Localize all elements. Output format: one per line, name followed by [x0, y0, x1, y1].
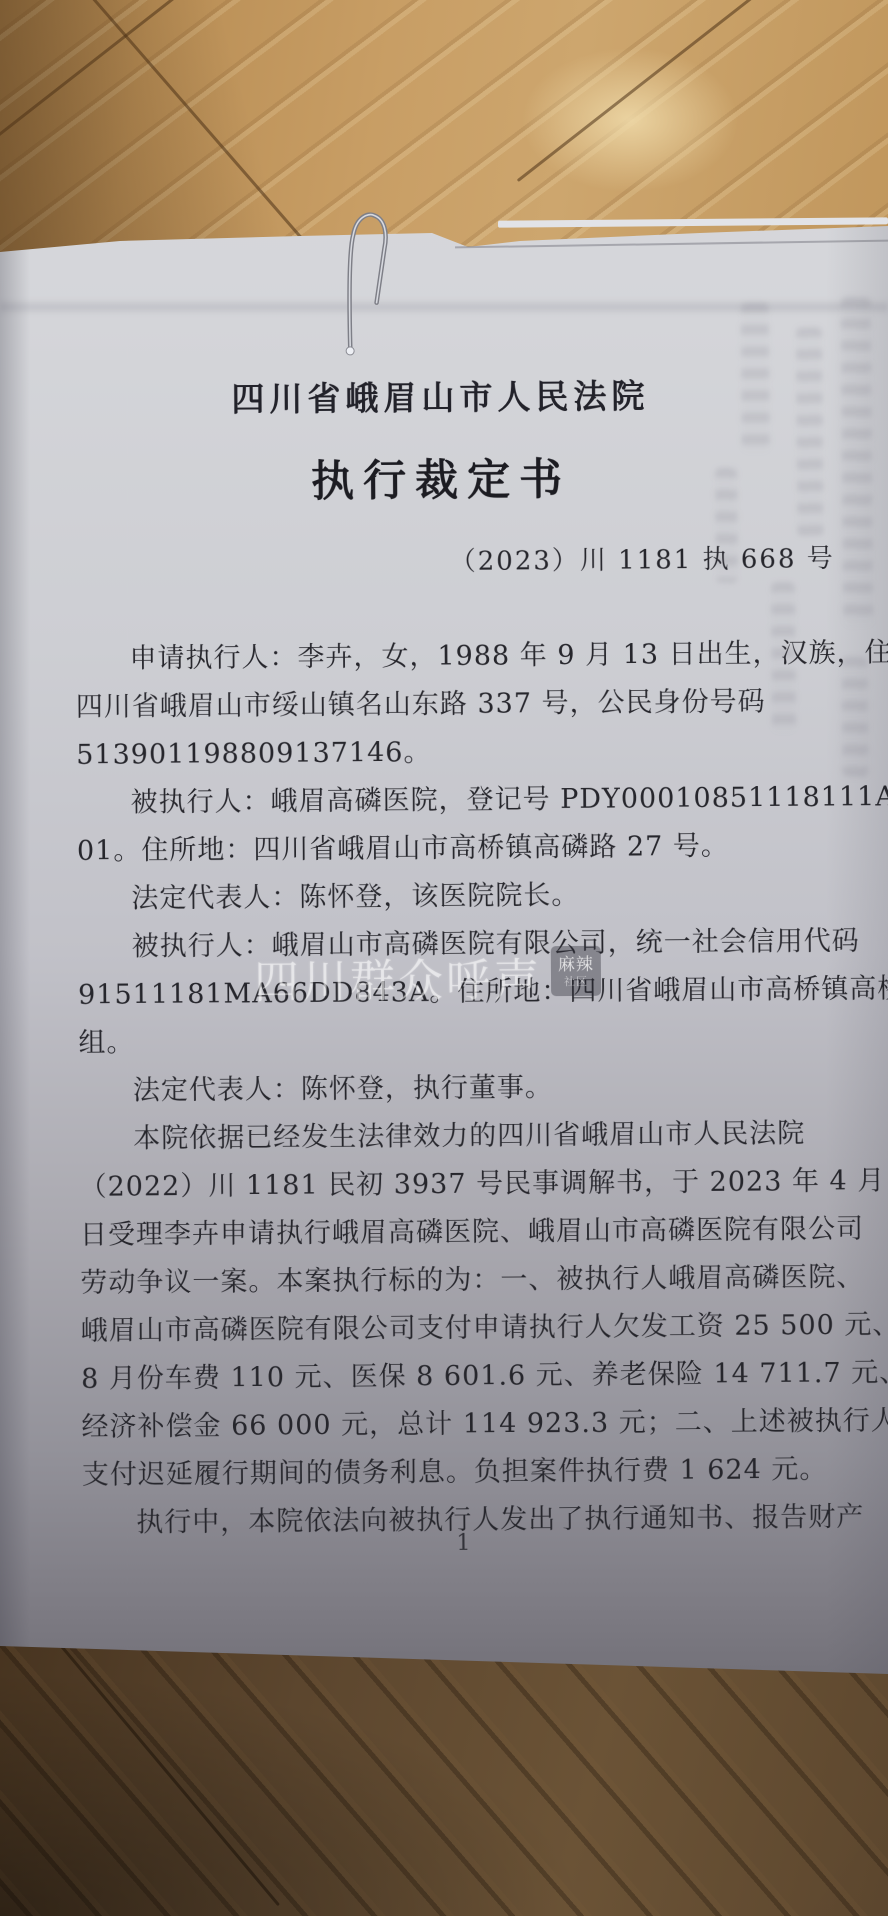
doc-line: 日受理李卉申请执行峨眉高磷医院、峨眉山市高磷医院有限公司: [80, 1206, 870, 1260]
document-title: 执行裁定书: [0, 444, 885, 512]
doc-line: 8 月份车费 110 元、医保 8 601.6 元、养老保险 14 711.7 …: [81, 1350, 871, 1404]
bleed-through-text: [741, 302, 770, 452]
doc-line: 经济补偿金 66 000 元，总计 114 923.3 元；二、上述被执行人: [81, 1398, 871, 1452]
case-number: （2023）川 1181 执 668 号: [450, 538, 835, 578]
doc-line: 法定代表人：陈怀登，该医院院长。: [77, 870, 867, 924]
watermark-badge-line1: 麻辣: [558, 954, 594, 974]
doc-line: 01。住所地：四川省峨眉山市高桥镇高磷路 27 号。: [77, 822, 867, 876]
doc-line: 组。: [78, 1014, 868, 1068]
document-photo: 四川省峨眉山市人民法院 执行裁定书 （2023）川 1181 执 668 号 申…: [0, 0, 888, 1916]
doc-line: （2022）川 1181 民初 3937 号民事调解书，于 2023 年 4 月…: [79, 1158, 869, 1212]
doc-line: 峨眉山市高磷医院有限公司支付申请执行人欠发工资 25 500 元、: [81, 1302, 871, 1356]
doc-line: 四川省峨眉山市绥山镇名山东路 337 号，公民身份号码: [76, 678, 866, 732]
bleed-through-text: [771, 582, 796, 732]
watermark: 四川群众呼声 麻辣 社区: [254, 943, 602, 1011]
doc-line: 本院依据已经发生法律效力的四川省峨眉山市人民法院: [79, 1110, 869, 1164]
bleed-through-text: [841, 657, 868, 777]
bleed-through-text: [715, 468, 738, 583]
watermark-badge-line2: 社区: [564, 974, 588, 987]
doc-line: 申请执行人：李卉，女，1988 年 9 月 13 日出生，汉族，住: [75, 630, 865, 684]
bleed-through-text: [841, 297, 874, 627]
watermark-badge: 麻辣 社区: [551, 946, 601, 996]
paperclip-icon: [331, 204, 405, 360]
bleed-through-text: [796, 327, 824, 537]
doc-line: 被执行人：峨眉高磷医院，登记号 PDY00010851118111A10: [76, 774, 866, 828]
doc-line: 支付迟延履行期间的债务利息。负担案件执行费 1 624 元。: [82, 1446, 872, 1500]
doc-line: 513901198809137146。: [76, 726, 866, 780]
document-content: 四川省峨眉山市人民法院 执行裁定书 （2023）川 1181 执 668 号 申…: [0, 0, 888, 1707]
doc-line: 劳动争议一案。本案执行标的为：一、被执行人峨眉高磷医院、: [80, 1254, 870, 1308]
doc-line: 法定代表人：陈怀登，执行董事。: [79, 1062, 869, 1116]
watermark-text: 四川群众呼声: [254, 943, 543, 1010]
document-body: 申请执行人：李卉，女，1988 年 9 月 13 日出生，汉族，住 四川省峨眉山…: [75, 630, 872, 1548]
